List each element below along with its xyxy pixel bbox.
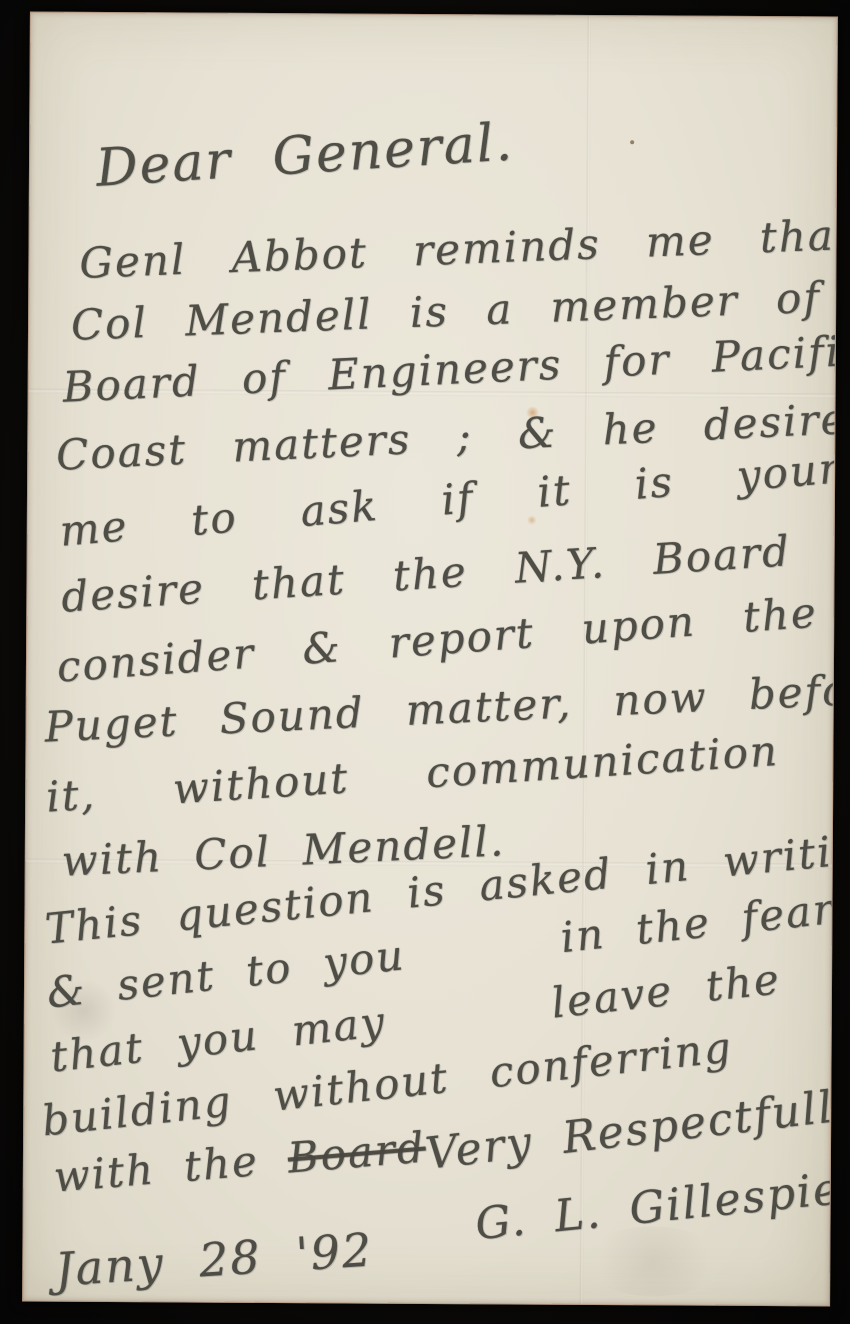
letter-page: Dear General. Genl Abbot reminds me that… <box>22 12 838 1307</box>
salutation-line: Dear General. <box>94 112 515 199</box>
struck-word: Board <box>286 1123 428 1183</box>
date-line: Jany 28 '92 <box>54 1223 375 1297</box>
ink-speck <box>630 140 634 144</box>
photo-background: Dear General. Genl Abbot reminds me that… <box>0 0 850 1324</box>
final-line-prefix: with the <box>52 1134 290 1202</box>
